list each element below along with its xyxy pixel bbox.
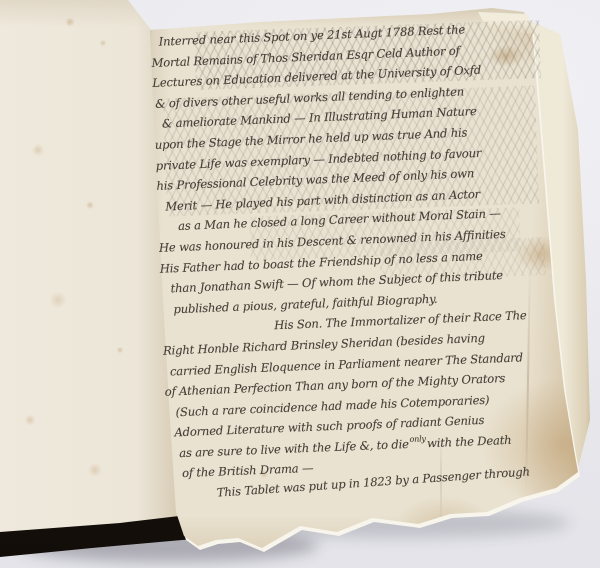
manuscript-line-segment: with the Death xyxy=(427,433,512,450)
book-photograph: Interred near this Spot on ye 21st Augt … xyxy=(0,0,600,568)
inserted-word: only xyxy=(409,434,426,444)
handwritten-text: Interred near this Spot on ye 21st Augt … xyxy=(150,7,589,505)
